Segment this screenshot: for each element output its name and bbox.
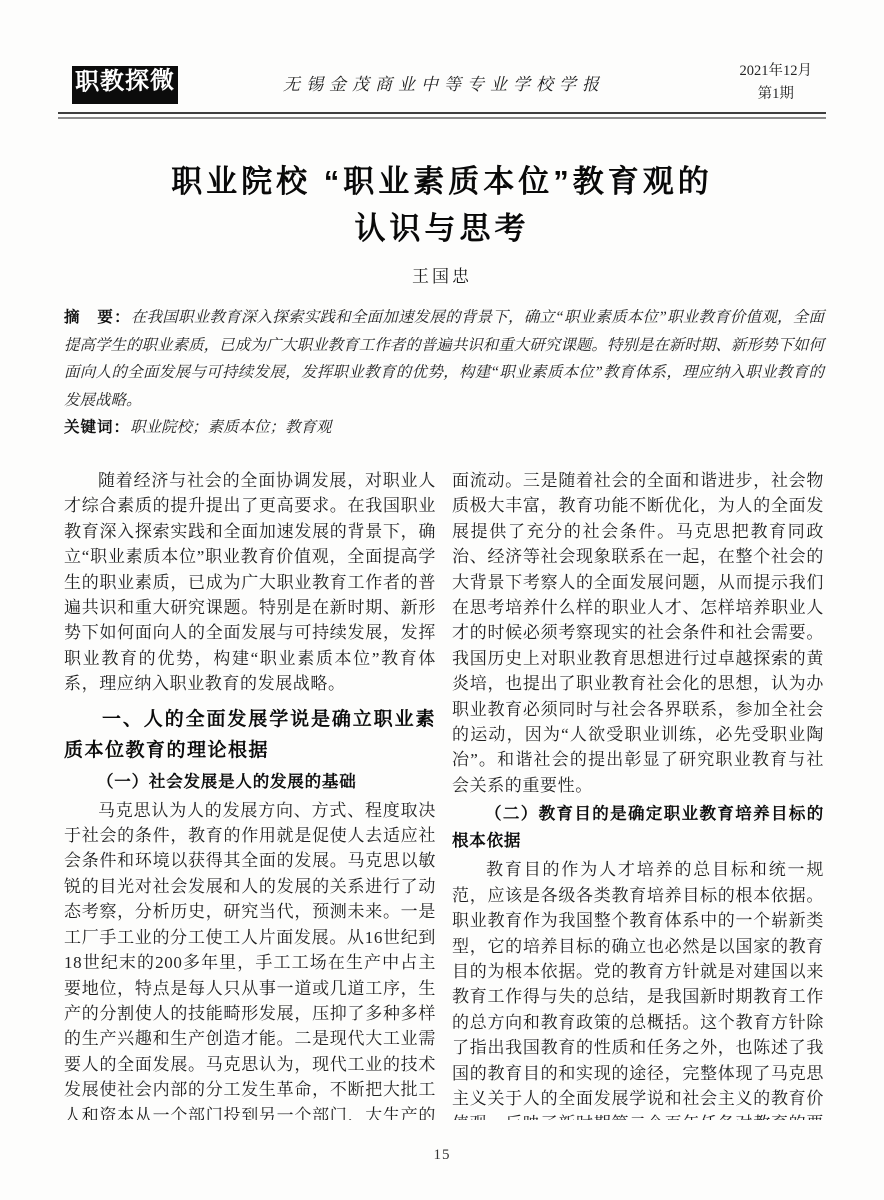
journal-name: 无锡金茂商业中等专业学校学报 [283,70,605,95]
abstract-label: 摘 要： [64,309,131,326]
subsection-2-paragraph: 教育目的作为人才培养的总目标和统一规范，应该是各级各类教育培养目标的根本依据。职… [452,857,824,1120]
abstract-paragraph: 摘 要：在我国职业教育深入探索实践和全面加速发展的背景下，确立“职业素质本位”职… [64,304,824,414]
journal-logo-text: 职教探微 [75,60,176,97]
issue-date: 2021年12月 [740,60,813,83]
right-column: 面流动。三是随着社会的全面和谐进步，社会物质极大丰富，教育功能不断优化，为人的全… [452,468,824,1120]
header-divider [58,112,826,119]
article-title-line2: 认识与思考 [0,205,884,252]
keywords-text: 职业院校；素质本位；教育观 [130,419,332,436]
left-column: 随着经济与社会的全面协调发展，对职业人才综合素质的提升提出了更高要求。在我国职业… [64,468,436,1120]
body-columns: 随着经济与社会的全面协调发展，对职业人才综合素质的提升提出了更高要求。在我国职业… [64,468,824,1120]
subsection-1-heading: （一）社会发展是人的发展的基础 [64,769,436,796]
section-1-heading: 一、人的全面发展学说是确立职业素质本位教育的理论根据 [64,704,436,766]
subsection-2-heading: （二）教育目的是确定职业教育培养目标的根本依据 [452,801,824,855]
continuation-paragraph: 面流动。三是随着社会的全面和谐进步，社会物质极大丰富，教育功能不断优化，为人的全… [452,468,824,798]
page-header: 职教探微 无锡金茂商业中等专业学校学报 2021年12月 第1期 [64,54,824,108]
issue-number: 第1期 [740,83,813,106]
subsection-1-paragraph: 马克思认为人的发展方向、方式、程度取决于社会的条件，教育的作用就是促使人去适应社… [64,798,436,1120]
abstract-block: 摘 要：在我国职业教育深入探索实践和全面加速发展的背景下，确立“职业素质本位”职… [64,304,824,442]
article-title-line1: 职业院校 “职业素质本位”教育观的 [0,158,884,205]
article-title: 职业院校 “职业素质本位”教育观的 认识与思考 [0,158,884,252]
journal-page: 职教探微 无锡金茂商业中等专业学校学报 2021年12月 第1期 职业院校 “职… [0,0,884,1200]
keywords-label: 关键词： [64,419,130,436]
journal-logo: 职教探微 [72,66,178,104]
page-number: 15 [0,1147,884,1164]
article-author: 王国忠 [0,262,884,287]
abstract-text: 在我国职业教育深入探索实践和全面加速发展的背景下，确立“职业素质本位”职业教育价… [64,309,824,409]
issue-info: 2021年12月 第1期 [740,60,813,106]
keywords-line: 关键词：职业院校；素质本位；教育观 [64,414,824,442]
intro-paragraph: 随着经济与社会的全面协调发展，对职业人才综合素质的提升提出了更高要求。在我国职业… [64,468,436,697]
